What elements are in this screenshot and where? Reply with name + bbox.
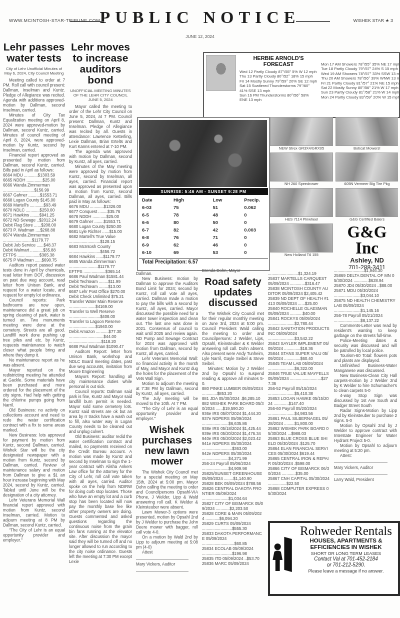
article-text-line: Council reports: Park bathrooms are now …: [3, 298, 65, 358]
gg-ad-left-column: NEW Strex GR3X4/GRX05 NH 260 Speedrower …: [270, 117, 333, 269]
weather-cell: 6-5: [138, 212, 169, 220]
bill-line: 25840 ROCHELLE GLAESMAN 05/09/2024 .....…: [268, 306, 330, 316]
bill-line: 25868 COMPUTER EXPRESS 05/30/2024: [268, 486, 330, 496]
weather-cell: 0: [240, 212, 269, 220]
herbie-arnold-photo: [206, 55, 236, 91]
article-text-line: Motion by Opsahl to adjourn meeting at 5…: [334, 443, 397, 453]
article-text-line: New Business-Clean City Hall carpets-mot…: [334, 373, 397, 393]
weather-table: DateHighLowPrecip.6-0375510.0626-5784806…: [138, 197, 269, 257]
article-text-line: UNOFFICIAL MEETING MINUTES OF THE LEHR C…: [69, 89, 132, 103]
article-text-line: Road safety updates discussed: [202, 277, 264, 309]
article-text-line: Council reports: Dallman said park is fi…: [69, 389, 132, 434]
bill-line: 25861 PAUL SILBERNAGEL 05/28/2024 ......…: [268, 416, 330, 426]
forecast-left-column: HERBIE ARNOLD'S FORECAST Wed 12 Partly C…: [240, 55, 318, 102]
weather-table-row: 6-1069530: [138, 249, 269, 257]
article-text-line: Minutes of City Tax Equalization meeting…: [3, 113, 65, 153]
bill-line: 256-60 Payroll 05/20/2024 ..............…: [268, 406, 330, 416]
article-text-line: 937e NDPERS 05/09/2024 .................…: [202, 416, 264, 426]
sunrise-sunset-bar: SUNRISE: 5:46 AM - SUNSET 9:28 PM: [139, 188, 268, 195]
article-text-line: Transfer Water Main Reserve ............…: [69, 299, 132, 309]
edition-label: WISHEK STAR ★ 3: [353, 18, 393, 24]
photo-caption: NEW Strex GR3X4/GRX05: [270, 146, 333, 151]
article-text-line: [136, 559, 189, 560]
article-text-line: 256-24 Payroll 05/06/2024 ..............…: [202, 461, 264, 471]
weather-column-header: High: [169, 197, 208, 205]
article-text-line: Meeting called to order at 7 PM. Roll ca…: [3, 78, 65, 113]
article-text-line: Mary Vickers, Auditor: [136, 562, 198, 567]
weather-table-row: 6-876710: [138, 234, 269, 242]
forecast-line: Sat 15 Scattered Thunderstorms 79°/60° 4…: [240, 84, 318, 93]
article-text-line: The Wishek City Council met for their re…: [202, 311, 264, 366]
sitrex-rake-photo: [270, 117, 333, 146]
article-text-line: The July meeting will be moved to the 10…: [136, 396, 198, 406]
article-text-line: [136, 571, 189, 572]
bill-line: 25843 SAYLER IMPLEMENT 05/09/2024 ......…: [268, 341, 330, 351]
article-text-line: Transfer to Lagoon Reserve .............…: [69, 319, 132, 329]
article-text-line: 6685 Wanda Zimmerman ...................…: [69, 259, 132, 269]
bill-line: 25862 WISHEK PARK BOARD 05/30/2024 ...$9…: [268, 426, 330, 436]
gg-ad-contact-block: G&G Inc Ashley, ND 701-288-3411 1-800-34…: [336, 224, 399, 270]
weather-cell: 46: [209, 242, 240, 250]
bill-line: 25839 ND DEPT OF HEALTH #1413 05/09/2024…: [268, 296, 330, 306]
article-text-line: 6683 McIntosh County ...................…: [69, 244, 132, 254]
article-text-line: Lehr passes water tests: [3, 42, 65, 64]
weather-table-row: DateHighLowPrecip.: [138, 197, 269, 205]
article-text-line: No maintenance report as he was absent.: [3, 358, 65, 368]
bill-line: 25867 CNH CAPITAL 05/30/2024 ...........…: [268, 476, 330, 486]
weather-table-row: 6-578480: [138, 212, 269, 220]
bill-line: 25844 STANS SUPER VALU 05/09/2024 ......…: [268, 351, 330, 361]
photo-caption: 605N Vermeer Big Tire Pkg: [336, 182, 399, 187]
photo-caption: NH 260 Speedrower: [270, 182, 333, 187]
article-text-line: New Business: lots approved for payment …: [3, 433, 65, 498]
article-text-line: 25836 MARC 05/09/2024: [202, 561, 264, 566]
gg-ad-cell: NEW Strex GR3X4/GRX05: [270, 117, 333, 151]
weather-cell: 0.003: [240, 227, 269, 235]
forecast-line: Sun 16 PM Thunderstorms 80°/56° 58% ENE …: [240, 93, 318, 102]
gg-ad-cell: NH 260 Speedrower: [270, 153, 333, 187]
article-text-line: Mayor called the meeting to order of the…: [69, 104, 132, 149]
bill-line: 25841 ROCKYS 05/09/2024 ................…: [268, 316, 330, 326]
gg-ad-right-column: Bobcat Mowers! 605N Vermeer Big Tire Pkg…: [336, 117, 399, 269]
article-text-line: 6666 Wanda Zimmerman ...................…: [3, 183, 65, 193]
weather-cell: 62: [169, 242, 208, 250]
article-text-line: On a motion by Wald 2nd by Lipp to adjou…: [136, 535, 198, 550]
us-weather-map-image: [139, 120, 267, 187]
photo-caption: G&G Certified Balers: [336, 217, 399, 222]
article-text-line: Auditors Report: letter from Unison Bank…: [69, 349, 132, 374]
article-text-line: Police-Meeting dates & security was disc…: [334, 338, 397, 353]
article-text-line: 25871 MDU 05/30/2024 ...................…: [334, 288, 397, 298]
article-text-line: 25826 CENTRAL DAKOTA FRONTIER 05/09/2024…: [202, 486, 264, 501]
bill-line: 25837 MARTELLS CARQUEST 05/09/2024 .....…: [268, 276, 330, 286]
gg-ad-cell: 605N Vermeer Big Tire Pkg: [336, 153, 399, 187]
weather-cell: 71: [209, 234, 240, 242]
weather-column-header: Precip.: [240, 197, 269, 205]
photo-caption: Bobcat Mowers!: [336, 146, 399, 151]
vermeer-baler-photo: [336, 153, 399, 182]
article-text-line: Transfer to Well Reserve ...............…: [69, 309, 132, 319]
article-text-line: Radar Signs-Motion by Lipp 2nd by Kleins…: [334, 408, 397, 423]
article-continuation-column-3: Dallman.New Business: motion by Dallman …: [136, 271, 198, 603]
website-url: WWW.MCINTOSH-STAR-TRIBUNE.COM: [9, 18, 100, 23]
weather-table-row: 6-962460: [138, 242, 269, 250]
weather-cell: 6-03: [138, 204, 169, 212]
bill-line: 25853 LOGAN HAWKE 05/15/2024 ...........…: [268, 396, 330, 406]
article-text-line: Motion by Opsahl 2nd by J Welder to appr…: [334, 423, 397, 443]
bill-line: 25864 ELAN FINANCIAL SERVICES 05/30/2024…: [268, 446, 330, 456]
article-lehr-auditors-bond: Lehr moves to increase auditors bondUNOF…: [69, 40, 132, 602]
bill-line: 25866 CITY OF BISMARCK 06/30/2024 ......…: [268, 466, 330, 476]
article-text-line: Motion to adjourn the meeting at 7:38 PM…: [136, 381, 198, 396]
precipitation-total: Total Precipitation: 6.57: [139, 258, 268, 267]
forecast-box: HERBIE ARNOLD'S FORECAST Wed 12 Partly C…: [203, 52, 400, 118]
bills-and-motions-column-6: ..........................$1,946.3025869…: [334, 268, 397, 520]
article-text-line: Lehr moves to increase auditors bond: [69, 42, 132, 86]
article-text-line: 25829 CURTS 05/09/2024 .................…: [202, 521, 264, 531]
article-text-line: Tourism-60 Total: flowers pots and plant…: [334, 353, 397, 363]
article-text-line: Mary Vickers, Auditor: [334, 465, 397, 470]
article-road-safety: Brenda Dohn, MayorRoad safety updates di…: [202, 268, 264, 608]
new-holland-tractor-photo: [270, 224, 333, 253]
weather-cell: 78: [169, 212, 208, 220]
article-text-line: Mayor reported on the redistricting meet…: [3, 368, 65, 408]
person-at-door-icon: [271, 525, 293, 588]
forecast-line: Mon 24 Partly Cloudy 83°/59° 20% W 15 mp…: [321, 95, 400, 100]
weather-summary-box: SUNRISE: 5:46 AM - SUNSET 9:28 PM DateHi…: [137, 117, 270, 271]
weather-cell: 6-9: [138, 242, 169, 250]
bill-line: 25842 SANITATION PRODUCTS INC 05/09/2024…: [268, 326, 330, 341]
weather-cell: 6-10: [138, 249, 169, 257]
article-text-line: Mayors Report: handling all city mainten…: [69, 374, 132, 389]
article-text-line: 6674 Wanda Zimmerman ...................…: [3, 233, 65, 243]
article-text-line: New Business: motion by Dallman to appro…: [136, 276, 198, 356]
weather-cell: 42: [209, 227, 240, 235]
article-text-line: Auditors report passed water tests done …: [3, 263, 65, 298]
bobcat-mower-photo: [336, 117, 399, 146]
article-text-line: Minutes of the May meeting were approved…: [69, 164, 132, 204]
article-text-line: 25869 DELTA DENTAL OF MN 05/30/2024 ....…: [334, 273, 397, 283]
bill-line: 25838 MCINTOSH COUNTY AUDITOR 05/09/2024…: [268, 286, 330, 296]
weather-cell: 50: [209, 219, 240, 227]
weather-cell: 75: [169, 204, 208, 212]
weather-cell: 80: [169, 219, 208, 227]
article-text-line: 4-way Stop Sign was discussed by 1st Ave…: [334, 393, 397, 408]
weather-cell: 6-8: [138, 234, 169, 242]
weather-cell: 53: [209, 249, 240, 257]
article-text-line: Wishek purchases new lawn mower: [136, 425, 198, 467]
weather-cell: 0: [240, 249, 269, 257]
gg-ad-cell: H&S 7114 Pinwheel: [270, 188, 333, 222]
article-text-line: The agenda was approved with motion by D…: [69, 149, 132, 164]
rohweder-line-5: Please leave a message if no answer.: [295, 569, 397, 575]
article-text-line: Old Business: no activity on collections…: [3, 408, 65, 433]
rohweder-line-1: HOUSES, APARTMENTS & EFFICIENCIES IN WIS…: [295, 538, 397, 551]
weather-cell: 0: [240, 219, 269, 227]
bill-line: 25846 TRUE VALUE MAYFELLS 05/09/2024 ...…: [268, 371, 330, 386]
article-text-line: "The City of Lehr is an equal opportunit…: [3, 528, 65, 543]
gg-ad-cell: New Holland T6 155: [270, 224, 333, 258]
gg-city: Ashley, ND: [336, 257, 399, 265]
article-text-line: Attest:: [334, 453, 397, 458]
weather-cell: 51: [209, 204, 240, 212]
article-text-line: The Wishek City Council met for a specia…: [136, 470, 198, 510]
weather-cell: 69: [169, 249, 208, 257]
weather-cell: 6-6: [138, 219, 169, 227]
article-text-line: "The City of Lehr is an equal opportunit…: [136, 406, 198, 421]
article-text-line: Minutes: Motion by J Welder 2nd by Opsah…: [202, 366, 264, 386]
article-text-line: Lawn Mower-3 options were presented, mot…: [136, 510, 198, 535]
article-text-line: Lehr Veterans Memorial Wall: no financia…: [136, 356, 198, 381]
weather-cell: 76: [169, 234, 208, 242]
weather-cell: 0: [240, 242, 269, 250]
bill-line: 25845 TEAM LAB 05/09/2024 ..............…: [268, 361, 330, 371]
weather-column-header: Low: [209, 197, 240, 205]
gg-baler-photo: [336, 188, 399, 217]
article-text-line: 6682 Martell's True Value ..............…: [69, 234, 132, 244]
article-text-line: 880 PINKE LUMBER 05/09/2024 ............…: [202, 386, 264, 396]
article-text-line: 25833 DAKOTA PERFORMANCE 05/09/2024 ....…: [202, 531, 264, 546]
article-text-line: 25828 CORE & MAIN 05/09/2024 ...........…: [202, 511, 264, 521]
weather-table-row: 6-680500: [138, 219, 269, 227]
gg-inc-ad: NEW Strex GR3X4/GRX05 NH 260 Speedrower …: [270, 117, 398, 269]
rohweder-rentals-ad: Rohweder Rentals HOUSES, APARTMENTS & EF…: [268, 521, 400, 596]
article-text-line: [334, 463, 388, 464]
article-text-line: [334, 475, 388, 476]
gg-ad-cell: G&G Certified Balers: [336, 188, 399, 222]
gg-logo-text: G&G Inc: [336, 225, 399, 257]
photo-caption: H&S 7114 Pinwheel: [270, 217, 333, 222]
weather-table-row: 6-0375510.062: [138, 204, 269, 212]
article-text-line: Comments-Letter was read by resident's w…: [334, 323, 397, 338]
weather-cell: 82: [169, 227, 208, 235]
article-text-line: Financial report approved as presented b…: [3, 153, 65, 173]
weather-column-header: Date: [138, 197, 169, 205]
article-text-line: 942e NDPERS 05/30/2024 .................…: [202, 451, 264, 461]
gg-ad-cell: Bobcat Mowers!: [336, 117, 399, 151]
weather-cell: 0.062: [240, 204, 269, 212]
article-text-line: Lehr Veterans Memorial Wall financial re…: [3, 498, 65, 528]
issue-date: JUNE 12, 2024: [0, 34, 400, 39]
article-text-line: 25834 ECOLAB 05/09/2024 ................…: [202, 546, 264, 556]
article-text-line: 25825/SUNSET GREENHOUSE 05/09/2024 .....…: [202, 471, 264, 481]
article-text-line: Larry Wald, President: [334, 477, 397, 482]
weather-cell: 48: [209, 212, 240, 220]
article-text-line: City of Lehr Unofficial Minutes of May 6…: [3, 67, 65, 76]
newspaper-page: PUBLIC NOTICE WWW.MCINTOSH-STAR-TRIBUNE.…: [0, 0, 400, 618]
weather-cell: 6-7: [138, 227, 169, 235]
article-lehr-water-tests: Lehr passes water testsCity of Lehr Unof…: [3, 40, 65, 602]
article-text-line: Attest: [136, 550, 198, 555]
bill-line: 25865 CENTRAL IRON & REPAIR 05/30/2024 .…: [268, 456, 330, 466]
article-text-line: 882 WISHEK PARK BOARD 05/30/2024 ......$…: [202, 401, 264, 411]
article-text-line: Brenda Dohn, Mayor: [202, 268, 264, 273]
bill-line: 256-52 Payroll 05/15/2024 ..............…: [268, 386, 330, 396]
forecast-right-column: Mon 17 AM Showers 78°/55° 35% NE 17 mphT…: [321, 55, 400, 102]
bills-column-5: ..........................$1,324.1925837…: [268, 271, 330, 519]
article-text-line: 25875 ND HEALTH CHEMISTRY LAB 05/09/2024…: [334, 298, 397, 313]
article-text-line: Old Business: auditor redid the water ce…: [69, 434, 132, 564]
forecast-title: HERBIE ARNOLD'S FORECAST: [240, 56, 318, 68]
photo-caption: New Holland T6 155: [270, 253, 333, 258]
weather-cell: 0: [240, 234, 269, 242]
rohweder-ad-text: Rohweder Rentals HOUSES, APARTMENTS & EF…: [295, 525, 397, 588]
bill-line: 25863 BLUE CROSS BLUE SHIELD 05/30/2024 …: [268, 436, 330, 446]
hs-pinwheel-rake-photo: [270, 188, 333, 217]
weather-table-row: 6-782420.003: [138, 227, 269, 235]
nh-speedrower-photo: [270, 153, 333, 182]
article-text-line: 256-78 Payroll 05/21/2024 ..............…: [334, 313, 397, 323]
article-text-line: Unfinished Business-Water Manganese was …: [334, 363, 397, 373]
rohweder-title: Rohweder Rentals: [295, 525, 397, 538]
article-text-line: 941e NDPERS 05/30/2024 .................…: [202, 441, 264, 451]
article-text-line: 25827 CITY OF BISMARCK 05/09/2024 ......…: [202, 501, 264, 511]
